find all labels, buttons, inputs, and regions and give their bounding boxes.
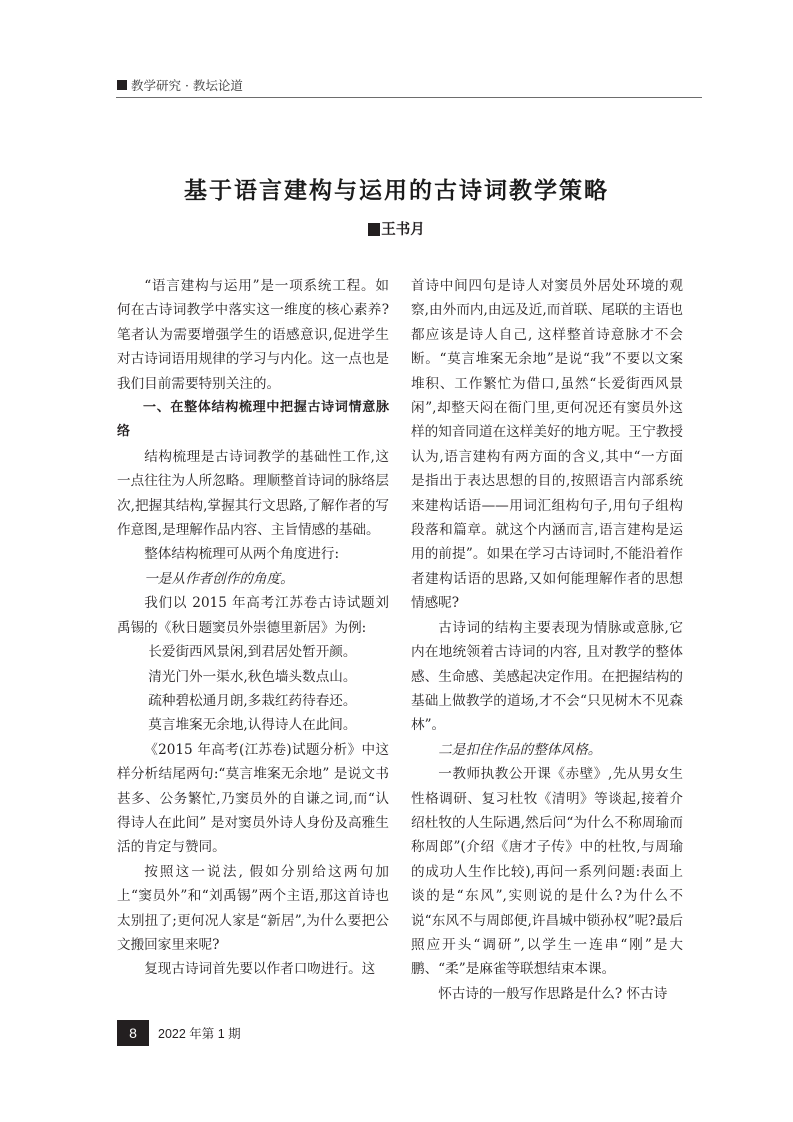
paragraph: 按照这一说法, 假如分别给这两句加上“窦员外”和“刘禹锡”两个主语,那这首诗也太… [117,860,389,958]
poem-line: 莫言堆案无余地,认得诗人在此间。 [117,713,389,737]
section-heading: 一、在整体结构梳理中把握古诗词情意脉络 [117,396,389,445]
paragraph: 古诗词的结构主要表现为情脉或意脉,它内在地统领着古诗词的内容, 且对教学的整体感… [411,616,683,738]
subheading: 二是扣住作品的整体风格。 [411,738,683,762]
page-footer: 8 2022 年第 1 期 [117,1020,241,1046]
author-line: 王书月 [0,218,793,239]
paragraph: 《2015 年高考(江苏卷)试题分析》中这样分析结尾两句:“莫言堆案无余地” 是… [117,738,389,860]
right-column: 首诗中间四句是诗人对窦员外居处环境的观察,由外而内,由远及近,而首联、尾联的主语… [411,274,683,1006]
poem-line: 长爱街西风景闲,到君居处暂开颜。 [117,640,389,664]
poem-line: 疏种碧松通月朗,多栽红药待春还。 [117,689,389,713]
subheading: 一是从作者创作的角度。 [117,567,389,591]
author-name: 王书月 [381,222,425,238]
left-column: “语言建构与运用”是一项系统工程。如何在古诗词教学中落实这一维度的核心素养?笔者… [117,274,389,982]
header-rule [116,97,702,98]
paragraph: 怀古诗的一般写作思路是什么? 怀古诗 [411,982,683,1006]
page-number: 8 [117,1020,149,1046]
square-bullet-icon [368,223,380,236]
paragraph: “语言建构与运用”是一项系统工程。如何在古诗词教学中落实这一维度的核心素养?笔者… [117,274,389,396]
section-label: 教学研究 · 教坛论道 [131,76,243,94]
paragraph-continued: 首诗中间四句是诗人对窦员外居处环境的观察,由外而内,由远及近,而首联、尾联的主语… [411,274,683,616]
paragraph: 我们以 2015 年高考江苏卷古诗试题刘禹锡的《秋日题窦员外崇德里新居》为例: [117,591,389,640]
square-bullet-icon [117,80,127,90]
article-title: 基于语言建构与运用的古诗词教学策略 [0,172,793,205]
paragraph: 整体结构梳理可从两个角度进行: [117,542,389,566]
poem-line: 清光门外一渠水,秋色墙头数点山。 [117,665,389,689]
issue-label: 2022 年第 1 期 [158,1024,241,1042]
running-head: 教学研究 · 教坛论道 [117,76,243,94]
paragraph: 一教师执教公开课《赤壁》,先从男女生性格调研、复习杜牧《清明》等谈起,接着介绍杜… [411,762,683,982]
paragraph: 结构梳理是古诗词教学的基础性工作,这一点往往为人所忽略。理顺整首诗词的脉络层次,… [117,445,389,543]
paragraph: 复现古诗词首先要以作者口吻进行。这 [117,957,389,981]
